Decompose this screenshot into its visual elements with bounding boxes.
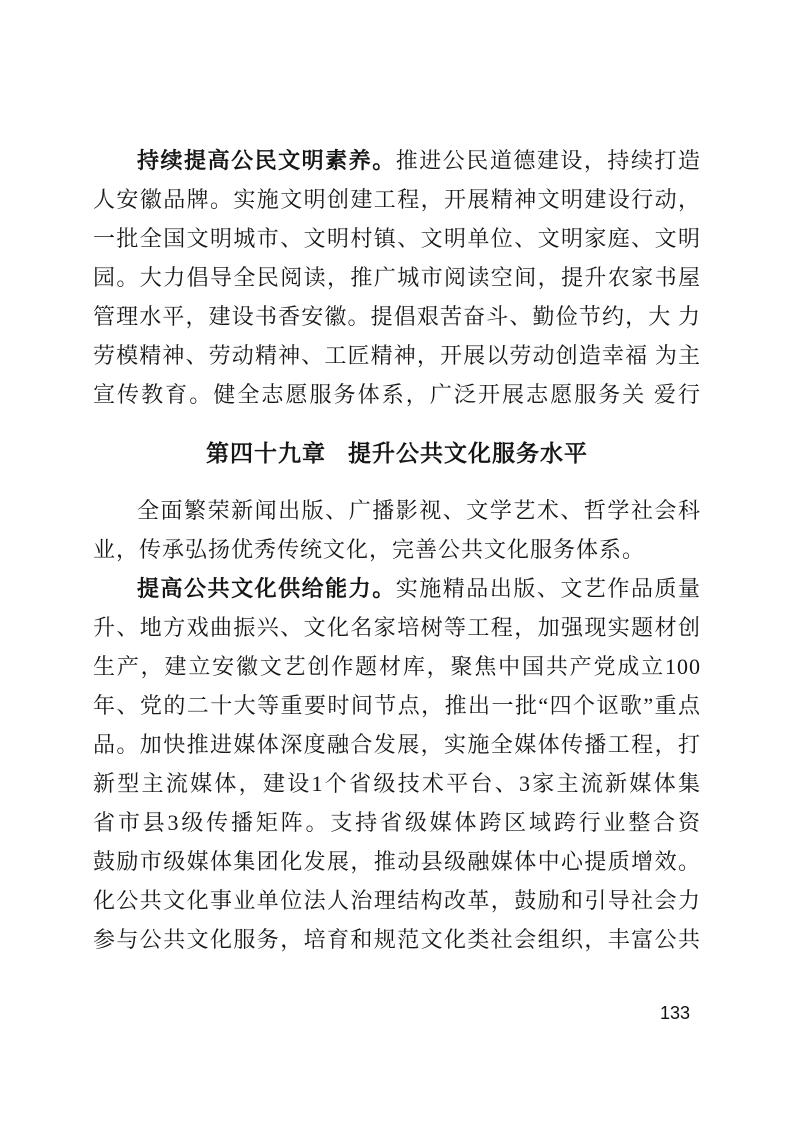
document-page: 持续提高公民文明素养。推进公民道德建设，持续打造好 人安徽品牌。实施文明创建工程… [0,0,793,1122]
page-number: 133 [660,999,690,1027]
body-line: 参与公共文化服务，培育和规范文化类社会组织，丰富公共文 [93,920,701,959]
body-line: 升、地方戏曲振兴、文化名家培树等工程，加强现实题材创作 [93,608,701,647]
body-line: 人安徽品牌。实施文明创建工程，开展精神文明建设行动，培 育 [93,180,701,219]
chapter-heading: 第四十九章提升公共文化服务水平 [93,433,701,473]
body-line: 宣传教育。健全志愿服务体系，广泛开展志愿服务关 爱行动。 [93,375,701,414]
body-line: 一批全国文明城市、文明村镇、文明单位、文明家庭、文明 校 [93,219,701,258]
body-line: 新型主流媒体，建设1个省级技术平台、3家主流新媒体集团、 [93,764,701,803]
body-line: 品。加快推进媒体深度融合发展，实施全媒体传播工程，打造 [93,725,701,764]
body-line: 省市县3级传播矩阵。支持省级媒体跨区域跨行业整合资源， [93,803,701,842]
chapter-number: 第四十九章 [206,440,326,466]
body-line: 鼓励市级媒体集团化发展，推动县级融媒体中心提质增效。深 [93,842,701,881]
body-line: 生产，建立安徽文艺创作题材库，聚焦中国共产党成立100周 [93,647,701,686]
page-body: 持续提高公民文明素养。推进公民道德建设，持续打造好 人安徽品牌。实施文明创建工程… [93,141,701,959]
body-line: 园。大力倡导全民阅读，推广城市阅读空间，提升农家书屋 服务 [93,258,701,297]
paragraph-culture-overview: 全面繁荣新闻出版、广播影视、文学艺术、哲学社会科学 事 业，传承弘扬优秀传统文化… [93,491,701,569]
body-line: 业，传承弘扬优秀传统文化，完善公共文化服务体系。 [93,530,701,569]
paragraph-lead-bold: 提高公共文化供给能力。 [137,576,396,601]
body-line: 年、党的二十大等重要时间节点，推出一批“四个讴歌”重点作 [93,686,701,725]
chapter-title: 提升公共文化服务水平 [348,440,588,466]
body-line: 提高公共文化供给能力。实施精品出版、文艺作品质量提 [93,569,701,608]
paragraph-lead-bold: 持续提高公民文明素养。 [137,148,396,173]
paragraph-civic-virtue: 持续提高公民文明素养。推进公民道德建设，持续打造好 人安徽品牌。实施文明创建工程… [93,141,701,414]
body-line: 劳模精神、劳动精神、工匠精神，开展以劳动创造幸福 为主题的 [93,336,701,375]
paragraph-cultural-supply: 提高公共文化供给能力。实施精品出版、文艺作品质量提 升、地方戏曲振兴、文化名家培… [93,569,701,959]
body-line: 全面繁荣新闻出版、广播影视、文学艺术、哲学社会科学 事 [93,491,701,530]
body-line: 持续提高公民文明素养。推进公民道德建设，持续打造好 [93,141,701,180]
body-line: 化公共文化事业单位法人治理结构改革，鼓励和引导社会力量 [93,881,701,920]
body-line: 管理水平，建设书香安徽。提倡艰苦奋斗、勤俭节约，大 力弘扬 [93,297,701,336]
